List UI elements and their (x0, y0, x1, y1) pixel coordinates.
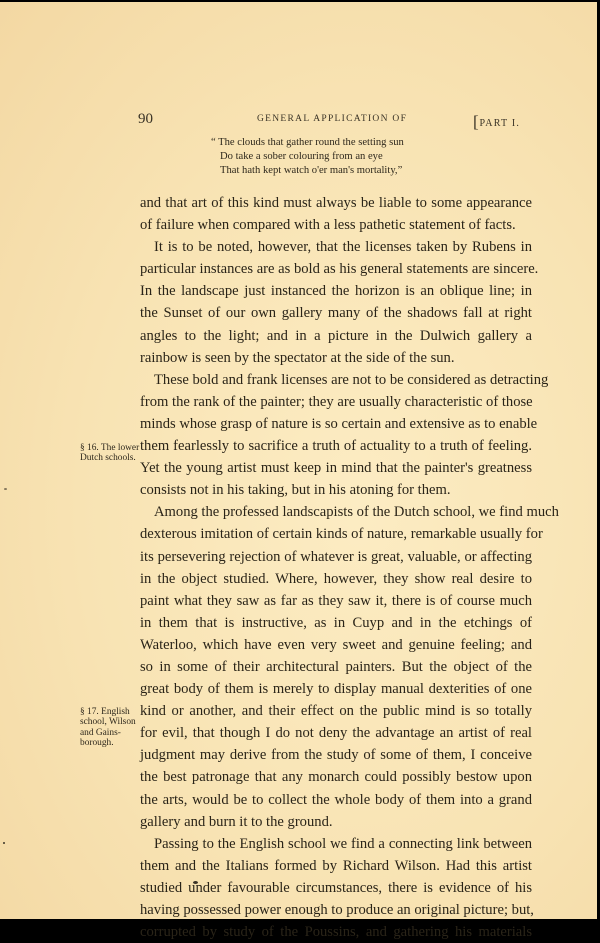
part-label: [PART I. (473, 111, 520, 131)
body-line: the Sunset of our own gallery many of th… (140, 302, 532, 324)
body-line: dexterous imitation of certain kinds of … (140, 523, 532, 545)
paragraph-start: Among the professed landscapists of the … (140, 501, 532, 523)
sidenote-line: and Gains- (80, 728, 148, 738)
paper-speck (193, 881, 198, 884)
running-head: 90 GENERAL APPLICATION OF [PART I. (138, 111, 538, 131)
epigraph-line: Do take a sober colouring from an eye (211, 150, 404, 164)
body-line: studied under favourable circumstances, … (140, 877, 532, 899)
body-line: in them that is instructive, as in Cuyp … (140, 612, 532, 634)
body-line: kind or another, and their effect on the… (140, 700, 532, 722)
body-line: the arts, would be to collect the whole … (140, 789, 532, 811)
book-page: 90 GENERAL APPLICATION OF [PART I. “ The… (0, 2, 597, 919)
body-line: great body of them is merely to display … (140, 678, 532, 700)
body-line: its persevering rejection of whatever is… (140, 546, 532, 568)
body-line: consists not in his taking, but in his a… (140, 479, 532, 501)
body-line: judgment may derive from the study of so… (140, 744, 532, 766)
body-line: Yet the young artist must keep in mind t… (140, 457, 532, 479)
body-line: the best patronage that any monarch coul… (140, 766, 532, 788)
paper-speck (4, 488, 7, 490)
epigraph-line: That hath kept watch o'er man's mortalit… (211, 164, 404, 178)
paragraph-start: It is to be noted, however, that the lic… (140, 236, 532, 258)
paragraph-start: Passing to the English school we find a … (140, 833, 532, 855)
body-line: in the object studied. Where, however, t… (140, 568, 532, 590)
body-line: angles to the light; and in a picture in… (140, 325, 532, 347)
body-line: from the rank of the painter; they are u… (140, 391, 532, 413)
paper-speck (3, 842, 5, 844)
body-line: particular instances are as bold as his … (140, 258, 532, 280)
body-line: having possessed power enough to produce… (140, 899, 532, 921)
paragraph-start: These bold and frank licenses are not to… (140, 369, 532, 391)
body-line: Waterloo, which have even very sweet and… (140, 634, 532, 656)
body-line: gallery and burn it to the ground. (140, 811, 532, 833)
epigraph-line: “ The clouds that gather round the setti… (211, 136, 404, 150)
sidenote-line: § 16. The lower (80, 443, 148, 453)
body-line: paint what they saw as far as they saw i… (140, 590, 532, 612)
running-title: GENERAL APPLICATION OF (257, 114, 407, 124)
body-line: so in some of their architectural painte… (140, 656, 532, 678)
sidenote-line: Dutch schools. (80, 453, 148, 463)
sidenote-line: borough. (80, 738, 148, 748)
sidenote-section-16: § 16. The lower Dutch schools. (80, 443, 148, 464)
sidenote-line: § 17. English (80, 707, 148, 717)
body-line: for evil, that though I do not deny the … (140, 722, 532, 744)
sidenote-line: school, Wilson (80, 717, 148, 727)
page-number: 90 (138, 111, 153, 128)
body-line: rainbow is seen by the spectator at the … (140, 347, 532, 369)
part-bracket: [ (473, 112, 479, 131)
body-line: of failure when compared with a less pat… (140, 214, 532, 236)
body-line: them fearlessly to sacrifice a truth of … (140, 435, 532, 457)
body-line: In the landscape just instanced the hori… (140, 280, 532, 302)
epigraph-quote: “ The clouds that gather round the setti… (211, 136, 404, 179)
body-line: them and the Italians formed by Richard … (140, 855, 532, 877)
body-line: and that art of this kind must always be… (140, 192, 532, 214)
part-label-text: PART I. (479, 118, 520, 129)
sidenote-section-17: § 17. English school, Wilson and Gains- … (80, 707, 148, 749)
body-line: minds whose grasp of nature is so certai… (140, 413, 532, 435)
body-text: and that art of this kind must always be… (140, 192, 532, 922)
